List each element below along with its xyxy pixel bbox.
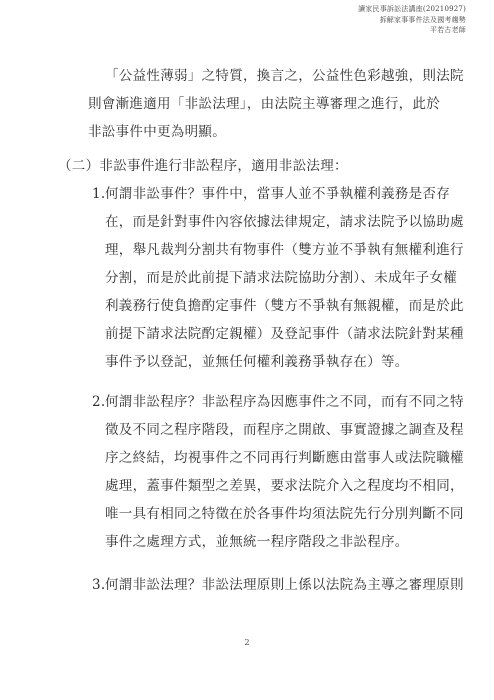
intro-line: 非訟事件中更為明顯。 [58, 118, 448, 146]
header-course-title: 讀家民事訴訟法講座(20210927) [358, 4, 466, 15]
header-lecture-title: 拆解家事事件法及國考趨勢 [358, 15, 466, 26]
header-instructor: 平若古老師 [358, 25, 466, 36]
item-number: 1. [92, 180, 105, 208]
document-header: 讀家民事訴訟法講座(20210927) 拆解家事事件法及國考趨勢 平若古老師 [358, 4, 466, 36]
list-item-line: 唯一具有相同之特徵在於各事件均須法院先行分別判斷不同 [58, 500, 448, 528]
list-item-line: 1.何謂非訟事件？事件中，當事人並不爭執權利義務是否存 [58, 180, 448, 208]
list-item-line: 徵及不同之程序階段，而程序之開啟、事實證據之調查及程 [58, 416, 448, 444]
list-item-line: 利義務行使負擔酌定事件（雙方不爭執有無親權，而是於此 [58, 292, 448, 320]
list-item-line: 事件之處理方式，並無統一程序階段之非訟程序。 [58, 528, 448, 556]
item-number: 3. [92, 571, 105, 599]
list-item-line: 2.何謂非訟程序？非訟程序為因應事件之不同，而有不同之特 [58, 388, 448, 416]
document-body: 「公益性薄弱」之特質，換言之，公益性色彩越強，則法院 則會漸進適用「非訟法理」，… [58, 62, 448, 599]
list-item-line: 分割，而是於此前提下請求法院協助分割）、未成年子女權 [58, 264, 448, 292]
intro-line: 「公益性薄弱」之特質，換言之，公益性色彩越強，則法院 [58, 62, 448, 90]
list-item-line: 事件予以登記，並無任何權利義務爭執存在）等。 [58, 348, 448, 376]
list-item-line: 理，舉凡裁判分割共有物事件（雙方並不爭執有無權利進行 [58, 236, 448, 264]
list-item-line: 處理，蓋事件類型之差異，要求法院介入之程度均不相同， [58, 472, 448, 500]
section-heading: （二）非訟事件進行非訟程序，適用非訟法理： [58, 152, 448, 180]
section-title: 非訟事件進行非訟程序，適用非訟法理： [99, 158, 347, 174]
list-item-line: 在，而是針對事件內容依據法律規定，請求法院予以協助處 [58, 208, 448, 236]
list-item-line: 3.何謂非訟法理？非訟法理原則上係以法院為主導之審理原則 [58, 571, 448, 599]
section-marker: （二） [58, 158, 99, 174]
document-page: 讀家民事訴訟法講座(20210927) 拆解家事事件法及國考趨勢 平若古老師 「… [0, 0, 494, 700]
list-item-line: 前提下請求法院酌定親權）及登記事件（請求法院針對某種 [58, 320, 448, 348]
page-number: 2 [0, 638, 494, 648]
item-number: 2. [92, 388, 105, 416]
list-item-line: 序之終結，均視事件之不同再行判斷應由當事人或法院職權 [58, 444, 448, 472]
intro-line: 則會漸進適用「非訟法理」，由法院主導審理之進行，此於 [58, 90, 448, 118]
